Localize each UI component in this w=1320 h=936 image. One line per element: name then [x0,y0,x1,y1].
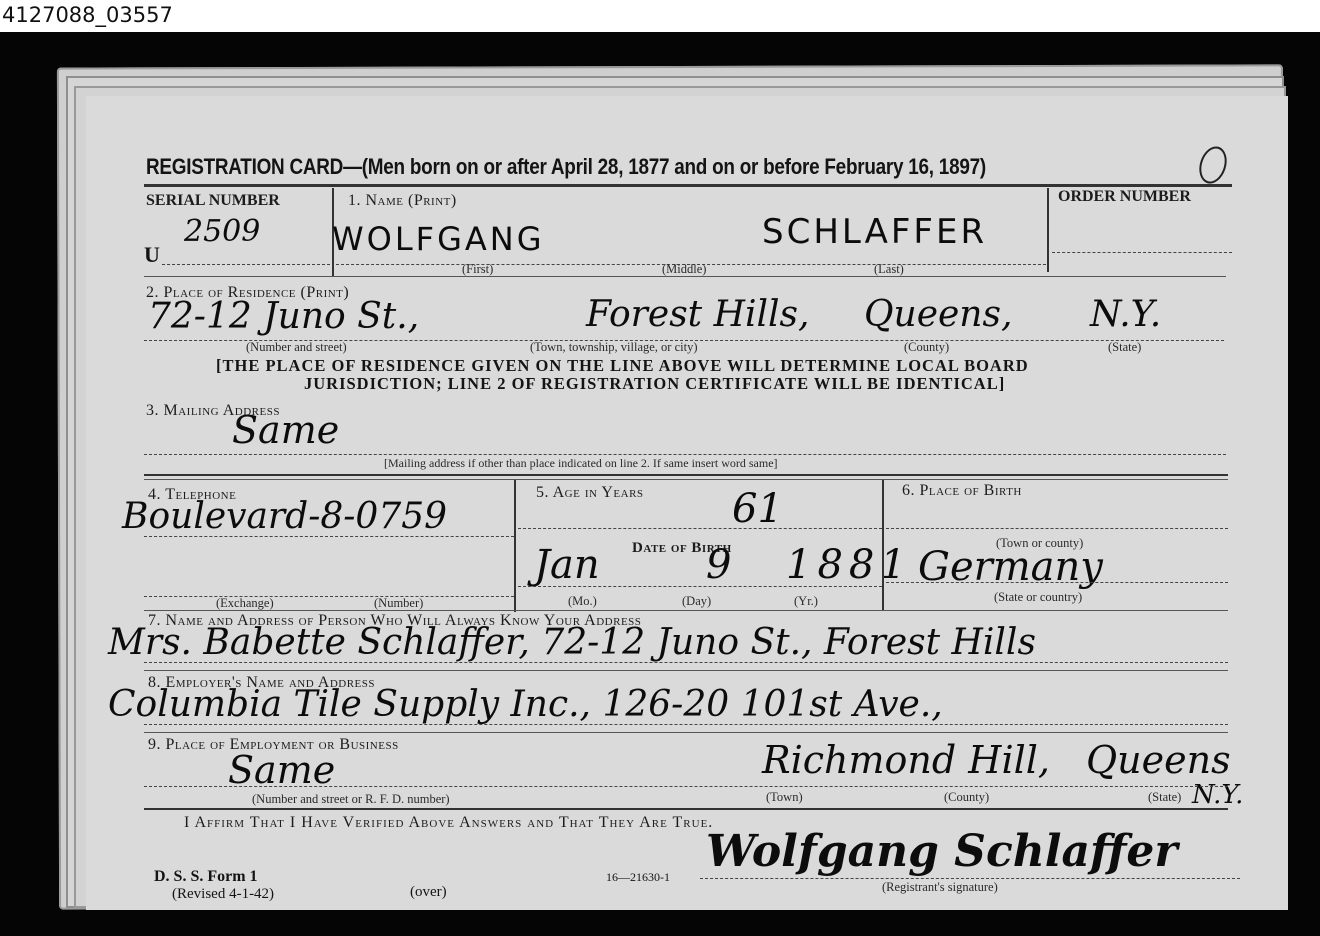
order-number-line [1052,252,1232,253]
serial-prefix: U [144,242,160,268]
telephone-value: Boulevard-8-0759 [122,496,447,537]
divider [882,480,884,610]
row-rule [144,276,1226,277]
telephone-caption-exchange: (Exchange) [216,596,274,611]
row-rule [144,808,1228,810]
telephone-line-2 [144,596,514,597]
affirmation-text: I Affirm That I Have Verified Above Answ… [184,814,713,832]
residence-town: Forest Hills, [586,294,809,335]
name-label: 1. Name (Print) [348,192,457,210]
divider [514,480,516,612]
form-revised: (Revised 4-1-42) [172,886,274,903]
title-rule [144,184,1232,187]
employment-caption-town: (Town) [766,790,803,805]
age-value: 61 [732,486,783,532]
employment-county: Queens [1086,738,1231,782]
birthplace-line-2 [886,582,1228,583]
birthplace-line-1 [886,528,1228,529]
first-caption: (First) [462,262,493,277]
serial-number-value: 2509 [184,214,260,249]
age-line [518,528,882,529]
dob-day: 9 [706,542,731,588]
age-label: 5. Age in Years [536,484,644,502]
employment-caption-county: (County) [944,790,989,805]
birthplace-country: Germany [918,544,1103,590]
contact-line [144,662,1228,663]
order-mark [1195,143,1231,187]
middle-caption: (Middle) [662,262,706,277]
registration-card: REGISTRATION CARD—(Men born on or after … [86,96,1288,910]
page-id-label: 4127088_03557 [0,0,1320,32]
signature-line [700,878,1240,879]
row-rule [144,670,1228,671]
birthplace-label: 6. Place of Birth [902,482,1022,500]
residence-caption-street: (Number and street) [246,340,347,355]
divider [1047,188,1049,272]
dob-caption-mo: (Mo.) [568,594,597,609]
card-title: REGISTRATION CARD—(Men born on or after … [146,154,986,180]
form-name: D. S. S. Form 1 [154,868,258,886]
residence-caption-county: (County) [904,340,949,355]
row-rule [144,479,1228,480]
signature-caption: (Registrant's signature) [882,880,998,895]
residence-caption-town: (Town, township, village, or city) [530,340,698,355]
telephone-caption-number: (Number) [374,596,423,611]
residence-notice-1: [THE PLACE OF RESIDENCE GIVEN ON THE LIN… [216,356,1029,376]
row-rule [144,610,1228,611]
residence-state: N.Y. [1090,294,1161,335]
residence-county: Queens, [864,294,1012,335]
serial-line [162,264,330,265]
dob-caption-yr: (Yr.) [794,594,818,609]
serial-number-label: SERIAL NUMBER [146,192,280,210]
mailing-caption: [Mailing address if other than place ind… [384,456,778,471]
employer-line [144,724,1228,725]
first-name-value: WOLFGANG [332,220,544,258]
dob-line [518,586,882,587]
residence-caption-state: (State) [1108,340,1141,355]
row-rule [144,732,1228,733]
over-note: (over) [410,884,447,901]
residence-number-street: 72-12 Juno St., [148,296,419,337]
employment-caption-state: (State) [1148,790,1181,805]
dob-caption-day: (Day) [682,594,711,609]
employment-caption-street: (Number and street or R. F. D. number) [252,792,450,807]
order-number-label: ORDER NUMBER [1058,188,1191,206]
signature-value: Wolfgang Schlaffer [706,826,1178,877]
contact-person-value: Mrs. Babette Schlaffer, 72-12 Juno St., … [108,622,1036,663]
row-rule [144,474,1228,476]
mailing-value: Same [232,408,339,452]
employment-line [144,786,1228,787]
employment-state: N.Y. [1192,780,1243,810]
dob-month: Jan [534,542,600,588]
print-code: 16—21630-1 [606,870,670,885]
employment-town: Richmond Hill, [762,738,1050,782]
mailing-line [144,454,1226,455]
last-caption: (Last) [874,262,904,277]
employer-value: Columbia Tile Supply Inc., 126-20 101st … [108,684,943,725]
residence-notice-2: JURISDICTION; LINE 2 OF REGISTRATION CER… [304,374,1005,394]
birthplace-caption-country: (State or country) [994,590,1082,605]
telephone-line [144,536,514,537]
last-name-value: SCHLAFFER [762,212,987,252]
